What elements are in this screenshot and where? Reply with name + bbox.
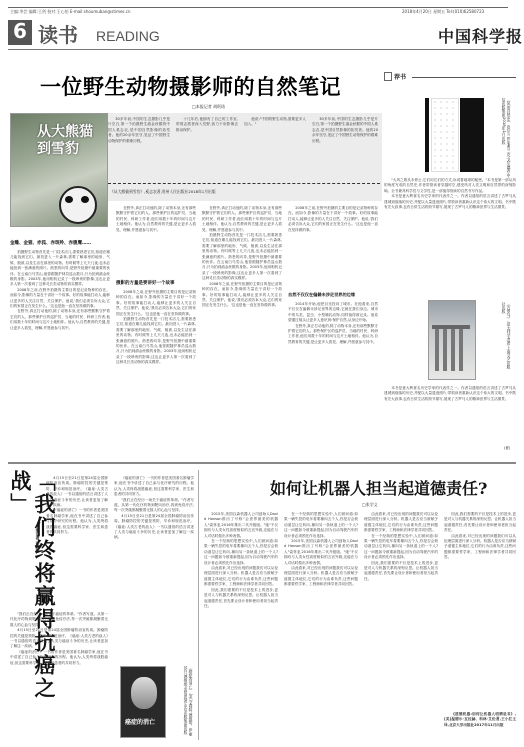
date-line: 2018年4月20日 星期五 Tel:(010)62580723 — [402, 9, 484, 15]
column-3 — [451, 329, 455, 371]
masthead-rule — [8, 49, 508, 50]
cancer-col1: 4月15日至21日是第24届全国肿瘤防治宣传周。肿瘤防控的关键是预防、早诊和规范… — [46, 476, 108, 508]
book1-review-more: 本书是意大利著名历史学家的代表作之一。作者以通俗的语言讲述了古罗马从建城到衰落的… — [384, 194, 516, 210]
book1-review: "大风之歌从未停止,它们用它们的方式,诉说着地球的秘密。"本书是第一部从风的角度… — [384, 178, 516, 194]
section-title: 读书 — [38, 19, 78, 48]
cancer-col2b: "我们正在经历一场关于癌症的革命。"作者写道。从第一代化疗药物到靶向治疗,再到免… — [114, 498, 194, 514]
robot-col1: 2015年,美国汉森机器人公司创始人David Hanson推出了号称"会世界最… — [204, 512, 278, 539]
cancer-col1e: 《癌症的消亡》一书的作者是美国著名肿瘤学家,他在书中讲述了自己参与化疗研究的历程… — [10, 650, 108, 666]
robot-col3b: 在一个经典的思想实验中,人们被问道:如果一辆失控的电车将要撞向五个人,你是否会扳… — [364, 534, 438, 561]
robot-col2b: 2015年,美国汉森机器人公司创始人David Hanson推出了号称"会世界最… — [284, 539, 358, 566]
robot-byline: □张学义 — [362, 502, 378, 508]
cancer-col1b: 《癌症的消亡》一书的作者是美国著名肿瘤学家,他在书中讲述了自己参与化疗研究的历程… — [46, 508, 108, 535]
main-body-col3: 在野外,真正打动他的,除了动物本身,还有那些默默守护着它们的人。那些保护区的巡护… — [202, 206, 282, 233]
main-body-col1b: 2008年之前,在野外拍摄的主要目的是记录物种的存在。而如今,影像的方量在于讲好… — [10, 288, 110, 310]
book2-caption: 《古罗马》,意大利学者著,上海文艺出版社出版 — [492, 302, 512, 372]
panda-eye-right — [81, 196, 89, 203]
cancer-book-title: 癌症的消亡 — [125, 717, 155, 726]
main-body-col4b: 在野外,真正打动他的,除了动物本身,还有那些默默守护着它们的人。那些保护区的巡护… — [288, 324, 378, 346]
main-body-col3b: 拍摄野生动物首先是一门技术活儿,需要熟悉它们,知道在哪儿能找到它们。最初进入一片… — [202, 233, 282, 282]
main-body-col2b: 拍摄野生动物首先是一门技术活儿,需要熟悉它们,知道在哪儿能找到它们。最初进入一片… — [116, 317, 196, 366]
main-body-col4: 2014年开始,他把目光投向了城市。在他看来,自然不仅仅在偏僻未涉足世界的边缘,… — [288, 302, 378, 324]
panda-illustration — [59, 186, 97, 224]
newspaper-logo: 中国科学报 — [438, 24, 523, 47]
cancer-col1d: 4月15日至21日是第24届全国肿瘤防治宣传周。肿瘤防控的关键是预防、早诊和规范… — [10, 628, 108, 650]
section-divider — [8, 462, 516, 464]
robot-col1c: 由此看来,对已经出现的问题我们可以从伦理层面进行深入分析。机器人是否应当被赋予道… — [204, 566, 278, 588]
robot-col1b: 在一个经典的思想实验中,人们被问道:如果一辆失控的电车将要撞向五个人,你是否会扳… — [204, 539, 278, 566]
intro-paragraph-1: 30多年前,中国的生态摄影几乎是片空白,第一个拍摄野生滇金丝猴的中国人奚志农,是… — [108, 117, 170, 144]
cancer-col1c: "我们正在经历一场关于癌症的革命。"作者写道。从第一代化疗药物到靶向治疗,再到免… — [10, 612, 108, 628]
book-box-rule — [412, 77, 516, 78]
cover-caption: 《从大熊猫到雪豹》,奚志农著,贵州人民出版社2018年1月出版 — [110, 189, 216, 195]
editors-line: 主编:李芸 编辑:王剑 校对:王心怡 E-mail:shoumuban@stim… — [10, 9, 131, 15]
cancer-book-cover: 癌症的消亡 — [120, 666, 166, 738]
main-body-col4a: 2008年之前,在野外拍摄的主要目的是记录物种的存在。而如今,影像的方量在于讲好… — [288, 206, 378, 233]
cancer-col2c: 4月15日至21日是第24届全国肿瘤防治宣传周。肿瘤防控的关键是预防、早诊和规范… — [114, 514, 194, 541]
book1-back — [431, 98, 459, 172]
subhead-nature: 自然不仅仅在偏僻未涉足世界的边缘 — [288, 292, 355, 298]
book1-spine — [425, 98, 429, 172]
robot-col4: 因此,我们需要的不仅是技术上的进步,更是对人与机器关系的深刻反思。让机器人担当起… — [444, 512, 516, 534]
end-mark: (夏) — [504, 446, 510, 451]
intro-paragraph-2: 十几年后,他拥有了自己的工作室,带领志愿者深入荒野,致力于用影像去推动保护。 — [176, 117, 238, 133]
column-1 — [435, 329, 439, 371]
robot-col3c: 因此,我们需要的不仅是技术上的进步,更是对人与机器关系的深刻反思。让机器人担当起… — [364, 561, 438, 583]
main-body-col3c: 2008年之前,在野外拍摄的主要目的是记录物种的存在。而如今,影像的方量在于讲好… — [202, 282, 282, 309]
book-cover-panda: 从大熊猫到雪豹 — [10, 113, 108, 227]
panda-eye-left — [65, 196, 73, 203]
book-box-label: 荐书 — [394, 72, 406, 81]
intro-paragraph-4: 30多年前,中国的生态摄影几乎是片空白,第一个拍摄野生滇金丝猴的中国人奚志农,是… — [312, 117, 378, 144]
cancer-book-caption: 《癌症的消亡》,[美]文森特·德维塔、伊丽莎白·德维塔-雷伯恩著,中信出版集团出… — [172, 666, 194, 736]
column-2 — [443, 329, 447, 371]
main-body-col1: 拍摄野生动物首先是一门技术活儿,需要熟悉它们,知道在哪儿能找到它们。最初进入一片… — [10, 250, 110, 288]
robot-col3: 由此看来,对已经出现的问题我们可以从伦理层面进行深入分析。机器人是否应当被赋予道… — [364, 512, 438, 534]
main-headline: 一位野生动物摄影师的自然笔记 — [40, 71, 341, 101]
cover-title: 从大熊猫到雪豹 — [37, 124, 97, 158]
robot-col1d: 因此,我们需要的不仅是技术上的进步,更是对人与机器关系的深刻反思。让机器人担当起… — [204, 588, 278, 610]
book1-cover — [460, 98, 484, 172]
robot-col4b: 由此看来,对已经出现的问题我们可以从伦理层面进行深入分析。机器人是否应当被赋予道… — [444, 534, 516, 561]
book1-caption: 《风的自然史》,爱尔兰作家弗兰克·戈尔德著,中信出版集团2018年1月出版 — [490, 98, 512, 178]
main-body-col1c: 在野外,真正打动他的,除了动物本身,还有那些默默守护着它们的人。那些保护区的巡护… — [10, 309, 110, 331]
main-body-col2a: 在野外,真正打动他的,除了动物本身,还有那些默默守护着它们的人。那些保护区的巡护… — [116, 206, 196, 233]
robot-source: 《道德机器:如何让机器人明辨是非》,[美]温德尔·瓦拉赫、科林·艾伦著,王小红主… — [444, 712, 516, 728]
book2-cover — [428, 300, 476, 380]
page-number: 6 — [8, 20, 32, 45]
cancer-byline: □本报记者 张思玮 — [36, 520, 41, 580]
section-title-en: READING — [96, 28, 160, 44]
intro-paragraph-3: 他说:"中国的野生动物,需要更多人加入。" — [244, 117, 306, 128]
main-lead: 金雕、金猫、赤狐、赤斑羚、赤腹鹰…… — [10, 240, 91, 246]
robot-headline: 如何让机器人担当起道德责任? — [270, 476, 487, 499]
intro-divider — [108, 183, 380, 184]
top-rule — [8, 7, 508, 8]
robot-col2c: 由此看来,对已经出现的问题我们可以从伦理层面进行深入分析。机器人是否应当被赋予道… — [284, 566, 358, 588]
column-rule — [198, 470, 199, 740]
subhead-story: 摄影的方量是要讲好一个故事 — [116, 280, 175, 286]
main-body-col2: 2008年之前,在野外拍摄的主要目的是记录物种的存在。而如今,影像的方量在于讲好… — [116, 290, 196, 317]
cancer-col2: 《癌症的消亡》一书的作者是美国著名肿瘤学家,他在书中讲述了自己参与化疗研究的历程… — [114, 476, 194, 498]
author-portrait — [131, 677, 157, 709]
box-marker — [384, 72, 392, 81]
column-4 — [459, 329, 463, 371]
robot-col2: 在一个经典的思想实验中,人们被问道:如果一辆失控的电车将要撞向五个人,你是否会扳… — [284, 512, 358, 539]
main-byline: □本报记者 胡珉琦 — [192, 104, 225, 110]
entablature — [432, 325, 470, 329]
book2-review: 本书是意大利著名历史学家的代表作之一。作者以通俗的语言讲述了古罗马从建城到衰落的… — [384, 386, 516, 402]
